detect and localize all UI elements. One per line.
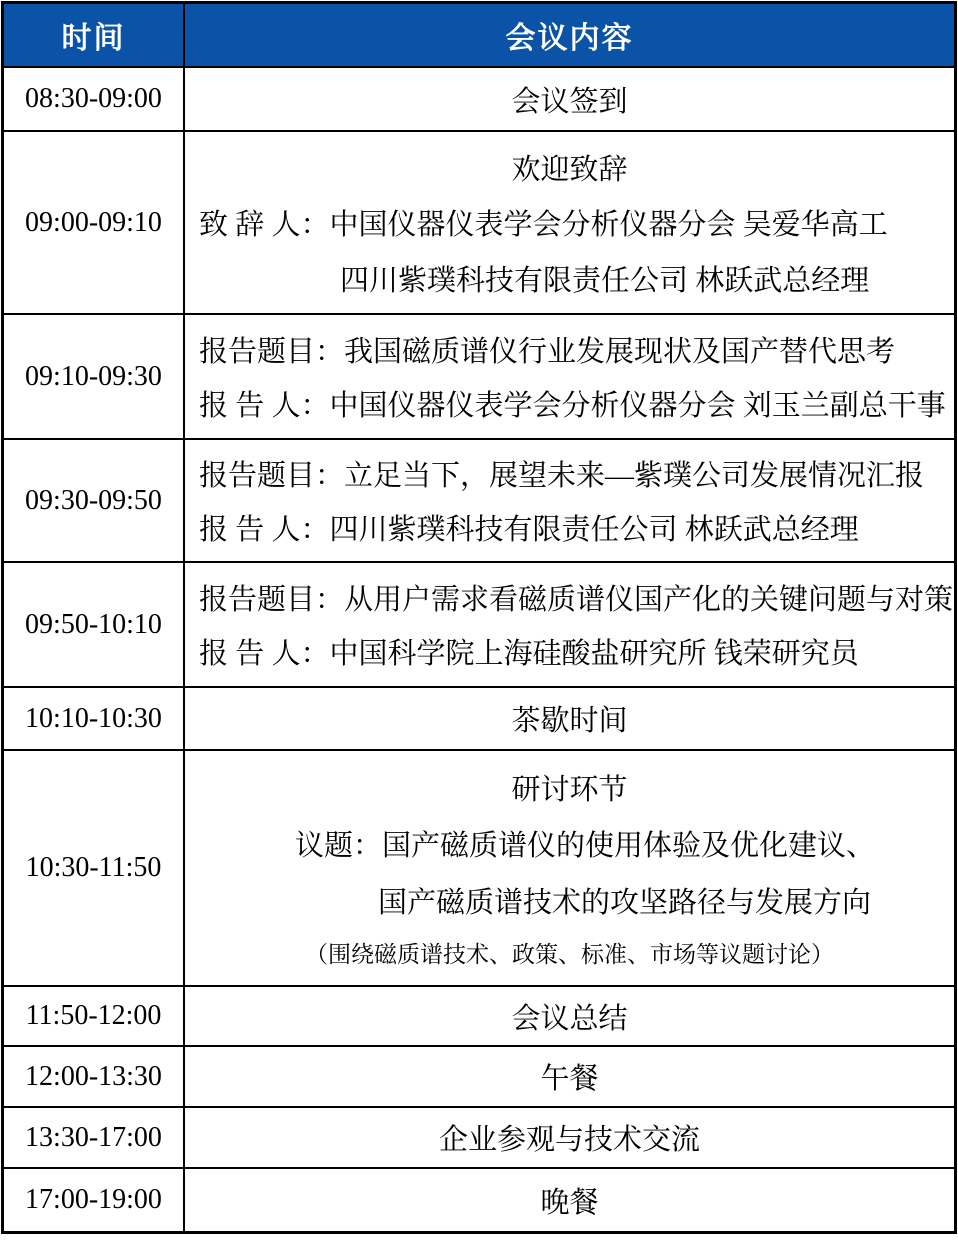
agenda-line: 报告题目：我国磁质谱仪行业发展现状及国产替代思考 [185, 329, 954, 370]
time-cell: 10:10-10:30 [4, 688, 185, 751]
agenda-line: 报告题目：立足当下，展望未来—紫璞公司发展情况汇报 [185, 453, 954, 494]
agenda-line: 报 告 人：四川紫璞科技有限责任公司 林跃武总经理 [185, 507, 954, 548]
content-cell: 报告题目：立足当下，展望未来—紫璞公司发展情况汇报 报 告 人：四川紫璞科技有限… [185, 440, 954, 563]
agenda-line: 致 辞 人：中国仪器仪表学会分析仪器分会 吴爱华高工 [185, 202, 954, 243]
agenda-line: 晚餐 [185, 1180, 954, 1221]
agenda-line: 茶歇时间 [185, 698, 954, 739]
time-cell: 09:10-09:30 [4, 315, 185, 440]
content-cell: 会议总结 [185, 987, 954, 1047]
time-cell: 17:00-19:00 [4, 1169, 185, 1231]
time-cell: 10:30-11:50 [4, 751, 185, 987]
time-cell: 09:00-09:10 [4, 132, 185, 315]
agenda-line: 会议总结 [185, 996, 954, 1037]
time-cell: 12:00-13:30 [4, 1047, 185, 1108]
time-cell: 09:50-10:10 [4, 563, 185, 688]
agenda-line: 国产磁质谱技术的攻坚路径与发展方向 [185, 880, 954, 921]
agenda-line: 午餐 [185, 1056, 954, 1097]
agenda-table: 时间 会议内容 08:30-09:00 会议签到 09:00-09:10 欢迎致… [1, 1, 957, 1234]
time-cell: 13:30-17:00 [4, 1108, 185, 1169]
content-cell: 会议签到 [185, 68, 954, 132]
content-cell: 午餐 [185, 1047, 954, 1108]
agenda-line: 议题：国产磁质谱仪的使用体验及优化建议、 [185, 823, 954, 864]
time-cell: 11:50-12:00 [4, 987, 185, 1047]
content-cell: 企业参观与技术交流 [185, 1108, 954, 1169]
content-cell: 晚餐 [185, 1169, 954, 1231]
header-content: 会议内容 [185, 4, 954, 68]
agenda-line: 企业参观与技术交流 [185, 1117, 954, 1158]
agenda-line: 四川紫璞科技有限责任公司 林跃武总经理 [185, 258, 954, 299]
agenda-line: 欢迎致辞 [185, 147, 954, 188]
content-cell: 欢迎致辞 致 辞 人：中国仪器仪表学会分析仪器分会 吴爱华高工 四川紫璞科技有限… [185, 132, 954, 315]
time-cell: 08:30-09:00 [4, 68, 185, 132]
content-cell: 茶歇时间 [185, 688, 954, 751]
agenda-line: 研讨环节 [185, 767, 954, 808]
content-cell: 报告题目：我国磁质谱仪行业发展现状及国产替代思考 报 告 人：中国仪器仪表学会分… [185, 315, 954, 440]
agenda-line: 会议签到 [185, 79, 954, 120]
content-cell: 报告题目：从用户需求看磁质谱仪国产化的关键问题与对策 报 告 人：中国科学院上海… [185, 563, 954, 688]
agenda-line: 报 告 人：中国仪器仪表学会分析仪器分会 刘玉兰副总干事 [185, 383, 954, 424]
agenda-line: 报告题目：从用户需求看磁质谱仪国产化的关键问题与对策 [185, 577, 954, 618]
agenda-line: （围绕磁质谱技术、政策、标准、市场等议题讨论） [185, 936, 954, 969]
content-cell: 研讨环节 议题：国产磁质谱仪的使用体验及优化建议、 国产磁质谱技术的攻坚路径与发… [185, 751, 954, 987]
time-cell: 09:30-09:50 [4, 440, 185, 563]
agenda-line: 报 告 人：中国科学院上海硅酸盐研究所 钱荣研究员 [185, 631, 954, 672]
header-time: 时间 [4, 4, 185, 68]
